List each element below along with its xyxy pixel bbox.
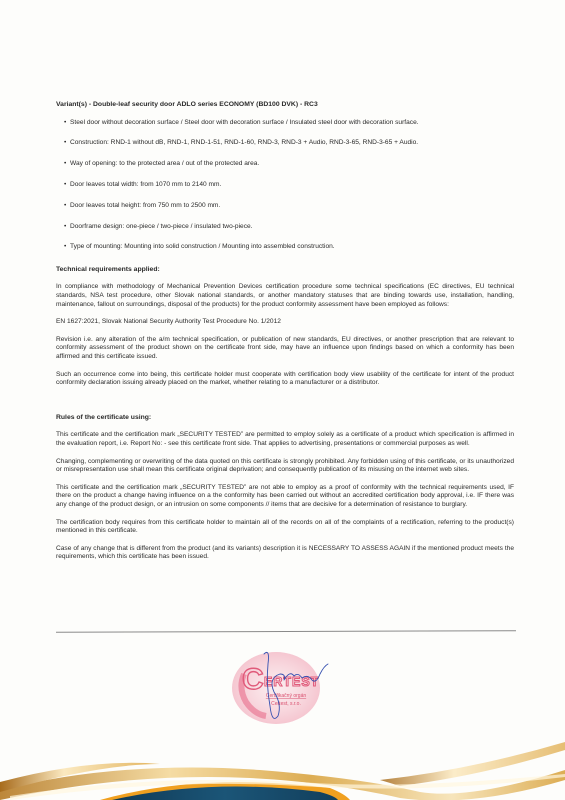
variant-item: Door leaves total height: from 750 mm to… bbox=[64, 202, 514, 211]
rules-paragraph: Case of any change that is different fro… bbox=[56, 545, 514, 562]
certificate-page: Variant(s) - Double-leaf security door A… bbox=[0, 0, 565, 800]
variant-item: Type of mounting: Mounting into solid co… bbox=[64, 243, 514, 252]
svg-text:C: C bbox=[242, 663, 264, 696]
technical-paragraph: In compliance with methodology of Mechan… bbox=[56, 283, 514, 309]
footer-divider bbox=[56, 630, 516, 633]
variant-item: Steel door without decoration surface / … bbox=[64, 119, 514, 128]
rules-heading: Rules of the certificate using: bbox=[56, 414, 514, 423]
variant-item: Doorframe design: one-piece / two-piece … bbox=[64, 223, 514, 232]
stamp-line-1: Certifikačný orgán bbox=[266, 693, 307, 699]
certification-stamp: C ERTEST Certifikačný orgán Certest, s.r… bbox=[224, 644, 344, 730]
variants-heading: Variant(s) - Double-leaf security door A… bbox=[56, 101, 514, 110]
variant-item: Construction: RND-1 without dB, RND-1, R… bbox=[64, 139, 514, 148]
stamp-line-2: Certest, s.r.o. bbox=[271, 701, 301, 707]
rules-paragraph: This certificate and the certification m… bbox=[56, 431, 514, 448]
decorative-swoosh bbox=[0, 730, 565, 800]
variant-item: Way of opening: to the protected area / … bbox=[64, 160, 514, 169]
rules-paragraph: Changing, complementing or overwriting o… bbox=[56, 458, 514, 475]
rules-paragraph: This certificate and the certification m… bbox=[56, 484, 514, 510]
technical-paragraph: Such an occurrence come into being, this… bbox=[56, 371, 514, 388]
technical-standard: EN 1627:2021, Slovak National Security A… bbox=[56, 318, 514, 327]
technical-paragraph: Revision i.e. any alteration of the a/m … bbox=[56, 336, 514, 362]
variants-list: Steel door without decoration surface / … bbox=[64, 119, 514, 252]
rules-paragraph: The certification body requires from thi… bbox=[56, 519, 514, 536]
technical-requirements-heading: Technical requirements applied: bbox=[56, 266, 514, 275]
variant-item: Door leaves total width: from 1070 mm to… bbox=[64, 181, 514, 190]
certificate-body: Variant(s) - Double-leaf security door A… bbox=[56, 101, 514, 562]
